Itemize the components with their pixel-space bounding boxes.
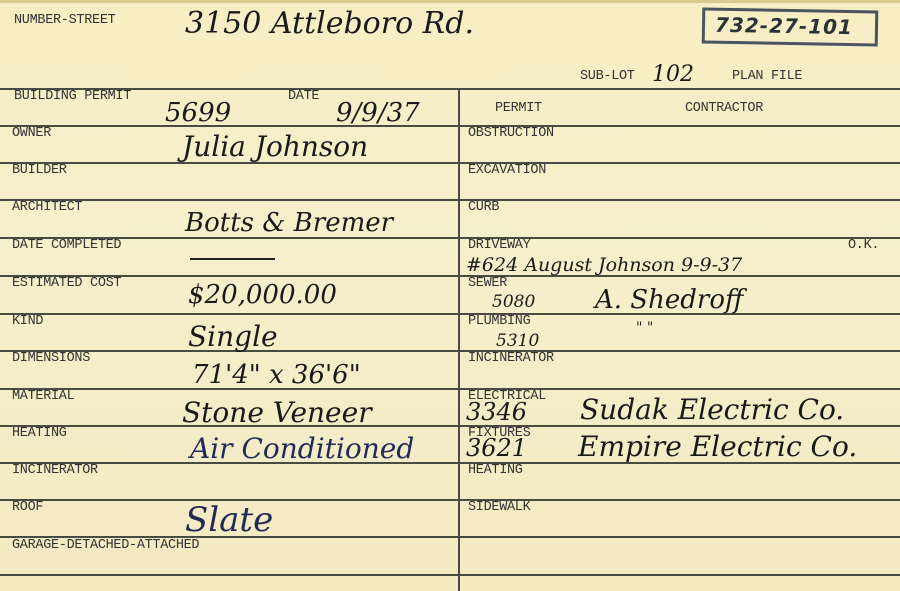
date-label: DATE — [288, 90, 319, 104]
sewer-permit: 5080 — [492, 292, 535, 312]
driveway-ok: O.K. — [848, 239, 879, 253]
plumbing-permit: 5310 — [496, 331, 539, 351]
fixtures-contractor: Empire Electric Co. — [578, 430, 857, 463]
building-permit-card: NUMBER-STREET 3150 Attleboro Rd. 732-27-… — [0, 0, 900, 591]
sewer-contractor: A. Shedroff — [595, 285, 743, 315]
sewer-label: SEWER — [468, 277, 507, 291]
row-divider — [0, 125, 900, 127]
excavation-label: EXCAVATION — [468, 164, 546, 178]
material-label: MATERIAL — [12, 390, 74, 404]
row-divider — [0, 275, 900, 277]
incinerator-permit-label: INCINERATOR — [468, 352, 554, 366]
kind-label: KIND — [12, 315, 43, 329]
date-completed-value-dash — [190, 258, 275, 260]
roof-value: Slate — [185, 500, 273, 540]
curb-label: CURB — [468, 201, 499, 215]
sidewalk-label: SIDEWALK — [468, 501, 530, 515]
owner-label: OWNER — [12, 127, 51, 141]
file-number: 732-27-101 — [715, 13, 853, 39]
number-street-label: NUMBER-STREET — [14, 14, 115, 28]
fixtures-permit: 3621 — [466, 434, 527, 462]
architect-label: ARCHITECT — [12, 201, 82, 215]
permit-column-header: PERMIT — [495, 102, 542, 116]
garage-label: GARAGE-DETACHED-ATTACHED — [12, 539, 199, 553]
row-divider — [0, 388, 900, 390]
incinerator-label: INCINERATOR — [12, 464, 98, 478]
dimensions-label: DIMENSIONS — [12, 352, 90, 366]
electrical-permit: 3346 — [466, 398, 527, 426]
date-completed-label: DATE COMPLETED — [12, 239, 121, 253]
plumbing-contractor-ditto: " " — [636, 320, 653, 336]
row-divider — [0, 313, 900, 315]
row-divider — [0, 499, 900, 501]
material-value: Stone Veneer — [182, 396, 372, 429]
owner-value: Julia Johnson — [182, 130, 368, 163]
heating-permit-label: HEATING — [468, 464, 523, 478]
file-number-stamp: 732-27-101 — [702, 7, 879, 46]
plumbing-label: PLUMBING — [468, 315, 530, 329]
heating-label: HEATING — [12, 427, 67, 441]
driveway-entry: #624 August Johnson 9-9-37 — [466, 254, 742, 276]
dimensions-value: 71'4" x 36'6" — [192, 360, 361, 390]
building-permit-label: BUILDING PERMIT — [14, 90, 131, 104]
row-divider — [0, 199, 900, 201]
row-divider — [0, 88, 900, 90]
date-value: 9/9/37 — [336, 98, 420, 128]
row-divider — [0, 162, 900, 164]
roof-label: ROOF — [12, 501, 43, 515]
kind-value: Single — [188, 320, 278, 353]
contractor-column-header: CONTRACTOR — [685, 102, 763, 116]
building-permit-value: 5699 — [165, 98, 231, 128]
plan-file-label: PLAN FILE — [732, 70, 802, 84]
row-divider — [0, 574, 900, 576]
electrical-contractor: Sudak Electric Co. — [580, 393, 844, 426]
row-divider — [0, 237, 900, 239]
sub-lot-label: SUB-LOT — [580, 70, 635, 84]
builder-label: BUILDER — [12, 164, 67, 178]
architect-value: Botts & Bremer — [185, 208, 393, 238]
heating-value: Air Conditioned — [190, 432, 414, 465]
card-top-edge — [0, 0, 900, 3]
obstruction-label: OBSTRUCTION — [468, 127, 554, 141]
sub-lot-value: 102 — [652, 62, 694, 87]
estimated-cost-label: ESTIMATED COST — [12, 277, 121, 291]
row-divider — [0, 350, 900, 352]
number-street-value: 3150 Attleboro Rd. — [185, 6, 474, 41]
driveway-label: DRIVEWAY — [468, 239, 530, 253]
estimated-cost-value: $20,000.00 — [188, 280, 337, 310]
column-divider — [458, 88, 460, 591]
